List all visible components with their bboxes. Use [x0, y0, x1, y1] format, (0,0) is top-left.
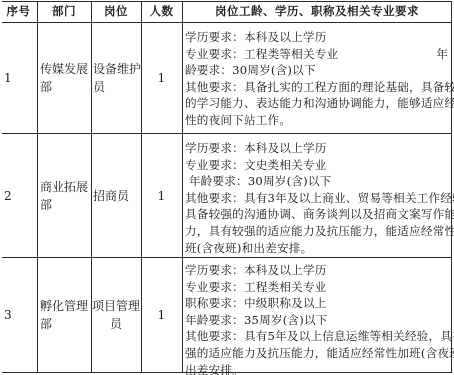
requirement-line: 其他要求：具有3年及以上商业、贸易等相关工作经验，: [185, 190, 450, 207]
col-divider-1: [37, 1, 38, 373]
row-requirements: 学历要求：本科及以上学历 专业要求：工程类等相关专业 年 龄要求：30周岁(含)…: [182, 27, 452, 133]
department-line: 部: [40, 315, 88, 333]
requirement-line: 性的夜间下站工作。: [185, 112, 450, 129]
row-department: 商业拓展 部: [40, 134, 91, 257]
row-count-text: 1: [158, 69, 166, 87]
requirement-line: 其他要求：具有5年及以上信息运维等相关经验，具有较: [185, 328, 450, 345]
header-requirements: 岗位工龄、学历、职称及相关专业要求: [182, 0, 452, 22]
department-line: 部: [40, 78, 88, 96]
header-position: 岗位: [91, 0, 141, 22]
row-position: 设备维护 员: [93, 23, 141, 133]
requirement-line: 年龄要求：30周岁(含)以下: [185, 173, 450, 190]
department-line: 传媒发展: [40, 60, 88, 78]
row-index: 3: [4, 258, 37, 372]
requirement-trailing-char: 年: [436, 46, 448, 63]
recruitment-table: 序号 部门 岗位 人数 岗位工龄、学历、职称及相关专业要求 1 传媒发展 部 设…: [0, 0, 454, 375]
requirement-line: 班(含夜班)和出差安排。: [185, 240, 450, 257]
row-index-text: 2: [4, 187, 12, 205]
requirement-line: 龄要求：30周岁(含)以下: [185, 62, 450, 79]
requirement-line: 专业要求：工程类等相关专业 年: [185, 46, 450, 63]
department-line: 部: [40, 196, 88, 214]
row-count: 1: [141, 134, 182, 257]
row-count-text: 1: [158, 306, 166, 324]
row-count: 1: [141, 23, 182, 133]
header-department: 部门: [37, 0, 91, 22]
row-requirements: 学历要求：本科及以上学历 专业要求：工程类相关专业 职称要求：中级职称及以上 年…: [182, 260, 452, 372]
row-department: 孵化管理 部: [40, 258, 91, 372]
row-count-text: 1: [158, 187, 166, 205]
department-line: 孵化管理: [40, 297, 88, 315]
requirement-line: 力，具有较强的适应能力及抗压能力，能适应经常性加: [185, 223, 450, 240]
row-index-text: 3: [4, 306, 12, 324]
row-position: 招商员: [93, 134, 141, 257]
header-index: 序号: [0, 0, 37, 22]
requirement-line: 强的适应能力及抗压能力，能适应经常性加班(含夜班)和: [185, 345, 450, 362]
position-line: 招商员: [93, 187, 129, 205]
requirement-line: 的学习能力、表达能力和沟通协调能力，能够适应经常: [185, 95, 450, 112]
requirement-line: 学历要求：本科及以上学历: [185, 29, 450, 46]
position-line: 员: [93, 78, 141, 96]
row-index-text: 1: [4, 69, 12, 87]
requirement-line: 学历要求：本科及以上学历: [185, 262, 450, 279]
requirement-line: 专业要求：文史类相关专业: [185, 157, 450, 174]
row-count: 1: [141, 258, 182, 372]
department-line: 商业拓展: [40, 178, 88, 196]
requirement-text: 专业要求：工程类等相关专业: [185, 47, 338, 61]
requirement-line: 学历要求：本科及以上学历: [185, 140, 450, 157]
requirement-line: 出差安排。: [185, 362, 450, 375]
position-line: 项目管理: [92, 297, 140, 315]
requirement-line: 其他要求：具备扎实的工程方面的理论基础，具备较强: [185, 79, 450, 96]
position-line: 员: [92, 315, 140, 333]
requirement-line: 专业要求：工程类相关专业: [185, 279, 450, 296]
requirement-line: 职称要求：中级职称及以上: [185, 295, 450, 312]
row-index: 2: [4, 134, 37, 257]
row-department: 传媒发展 部: [40, 23, 91, 133]
header-count: 人数: [141, 0, 182, 22]
requirement-line: 具备较强的沟通协调、商务谈判以及招商文案写作能: [185, 206, 450, 223]
row-position: 项目管理 员: [91, 258, 141, 372]
row-index: 1: [4, 23, 37, 133]
position-line: 设备维护: [93, 60, 141, 78]
row-requirements: 学历要求：本科及以上学历 专业要求：文史类相关专业 年龄要求：30周岁(含)以下…: [182, 138, 452, 257]
requirement-line: 年龄要求：35周岁(含)以下: [185, 312, 450, 329]
